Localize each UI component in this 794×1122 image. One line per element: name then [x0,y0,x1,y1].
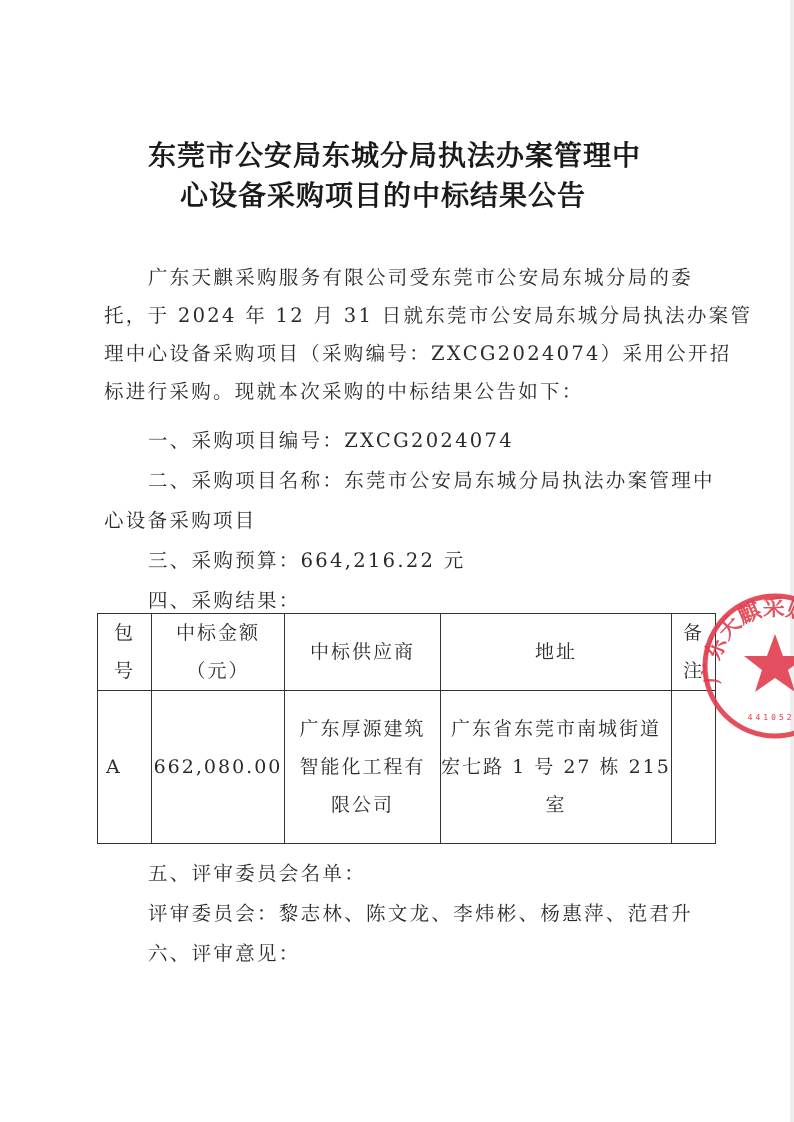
header-remark: 备 注 [672,614,716,691]
title-line-2: 心设备采购项目的中标结果公告 [148,176,641,216]
section-3-budget: 三、采购预算：664,216.22 元 [148,545,466,573]
intro-line-3: 理中心设备采购项目（采购编号：ZXCG2024074）采用公开招 [104,338,732,366]
title-line-1: 东莞市公安局东城分局执法办案管理中 [148,139,641,172]
result-table: 包 号 中标金额 （元） 中标供应商 地址 备 注 A 662,080.00 广… [97,613,716,844]
cell-address: 广东省东莞市南城街道 宏七路 1 号 27 栋 215 室 [441,691,672,844]
section-5-committee-heading: 五、评审委员会名单： [148,858,366,886]
document-title: 东莞市公安局东城分局执法办案管理中 心设备采购项目的中标结果公告 [148,136,641,216]
section-4-result-heading: 四、采购结果： [148,585,301,613]
header-package: 包 号 [98,614,152,691]
section-5-committee-members: 评审委员会：黎志林、陈文龙、李炜彬、杨惠萍、范君升 [148,898,693,926]
section-2-project-name-cont: 心设备采购项目 [104,505,257,533]
svg-text:4410520: 4410520 [748,713,794,722]
section-2-project-name: 二、采购项目名称：东莞市公安局东城分局执法办案管理中 [148,465,715,493]
header-supplier: 中标供应商 [285,614,441,691]
header-amount: 中标金额 （元） [152,614,285,691]
intro-line-2: 托，于 2024 年 12 月 31 日就东莞市公安局东城分局执法办案管 [104,300,752,328]
header-address: 地址 [441,614,672,691]
intro-line-4: 标进行采购。现就本次采购的中标结果公告如下： [104,376,584,404]
section-1-project-number: 一、采购项目编号：ZXCG2024074 [148,425,514,453]
intro-line-1: 广东天麒采购服务有限公司受东莞市公安局东城分局的委 [148,262,693,290]
table-header-row: 包 号 中标金额 （元） 中标供应商 地址 备 注 [98,614,716,691]
cell-remark [672,691,716,844]
cell-supplier: 广东厚源建筑 智能化工程有 限公司 [285,691,441,844]
page-edge-shadow [790,0,794,1122]
cell-package: A [98,691,152,844]
table-row: A 662,080.00 广东厚源建筑 智能化工程有 限公司 广东省东莞市南城街… [98,691,716,844]
section-6-review-opinion: 六、评审意见： [148,938,301,966]
cell-amount: 662,080.00 [152,691,285,844]
